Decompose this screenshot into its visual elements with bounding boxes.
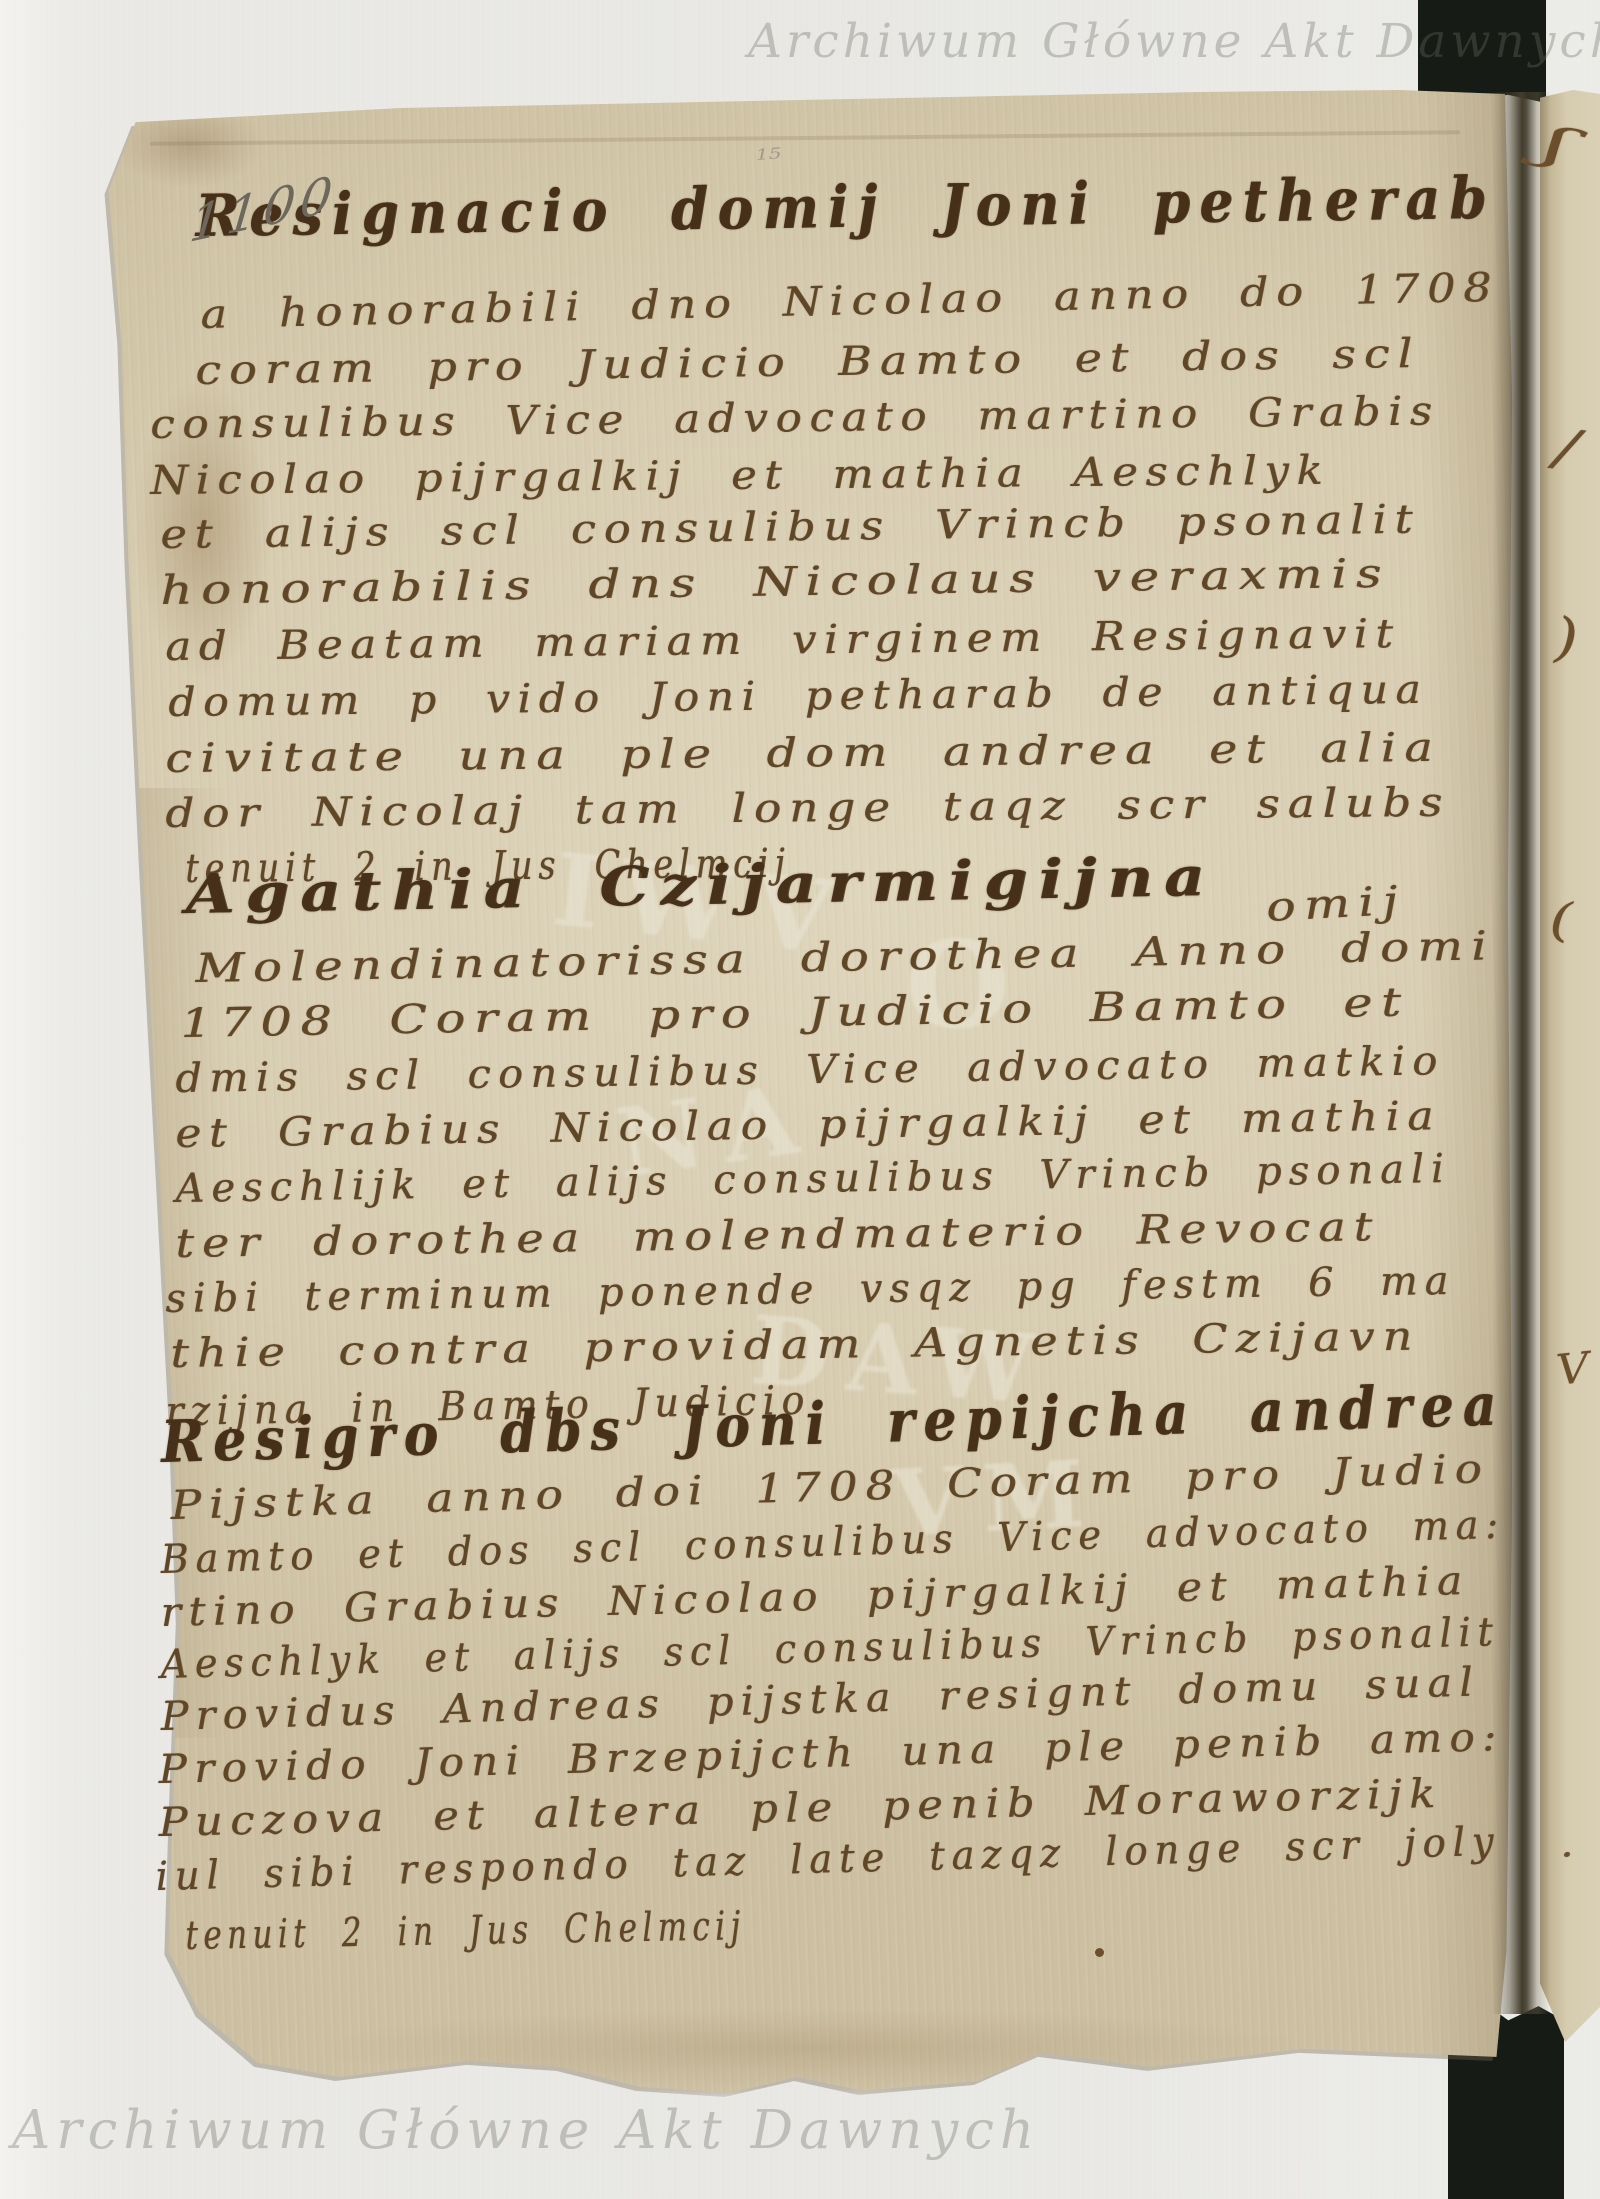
handwriting-layer: Resignacio domij Joni petheraba honorabi… — [0, 0, 1600, 2199]
manuscript-line: ad Beatam mariam virginem Resignavit — [165, 611, 1401, 670]
manuscript-line: Aeschlijk et alijs consulibus Vrincb pso… — [175, 1146, 1451, 1212]
margin-ink-mark: ʃ — [1538, 115, 1576, 173]
margin-ink-mark: ( — [1549, 893, 1573, 947]
scanned-manuscript: OIWVNADAWVM Resignacio domij Joni pether… — [0, 0, 1600, 2199]
manuscript-line: sibi terminum ponende vsqz pg festm 6 ma — [165, 1258, 1456, 1322]
corner-note: 15 — [755, 144, 782, 164]
manuscript-line: tenuit 2 in Jus Chelmcij — [185, 1903, 746, 1959]
manuscript-line: dmis scl consulibus Vice advocato matkio — [175, 1038, 1445, 1102]
archive-watermark-bottom: Archiwum Główne Akt Dawnych — [12, 2100, 1040, 2161]
manuscript-line: consulibus Vice advocato martino Grabis — [150, 388, 1440, 448]
manuscript-line: et Grabius Nicolao pijrgalkij et mathia — [175, 1093, 1441, 1157]
manuscript-line: thie contra providam Agnetis Czijavn — [170, 1314, 1421, 1377]
margin-ink-mark: / — [1552, 418, 1582, 478]
entry-heading: Resignacio domij Joni petherab — [195, 164, 1496, 250]
archive-watermark-top: Archiwum Główne Akt Dawnych — [748, 14, 1600, 69]
manuscript-line: honorabilis dns Nicolaus veraxmis — [160, 551, 1390, 614]
manuscript-line: et alijs scl consulibus Vrincb psonalit — [160, 497, 1421, 558]
margin-ink-mark: ) — [1554, 608, 1578, 668]
manuscript-line: omij — [1265, 878, 1407, 931]
manuscript-line: dor Nicolaj tam longe taqz scr salubs — [165, 780, 1450, 837]
manuscript-line: civitate una ple dom andrea et alia — [165, 725, 1441, 782]
margin-ink-mark: V — [1554, 1343, 1591, 1395]
margin-ink-mark: · — [1560, 1833, 1574, 1877]
manuscript-line: ter dorothea molendmaterio Revocat — [175, 1204, 1380, 1267]
manuscript-line: coram pro Judicio Bamto et dos scl — [195, 331, 1421, 394]
manuscript-line: domum p vido Joni petharab de antiqua — [168, 667, 1428, 726]
manuscript-line: Nicolao pijrgalkij et mathia Aeschlyk — [150, 448, 1330, 504]
manuscript-line: 1708 Coram pro Judicio Bamto et — [180, 980, 1410, 1047]
manuscript-line: a honorabili dno Nicolao anno do 1708 — [200, 265, 1500, 338]
